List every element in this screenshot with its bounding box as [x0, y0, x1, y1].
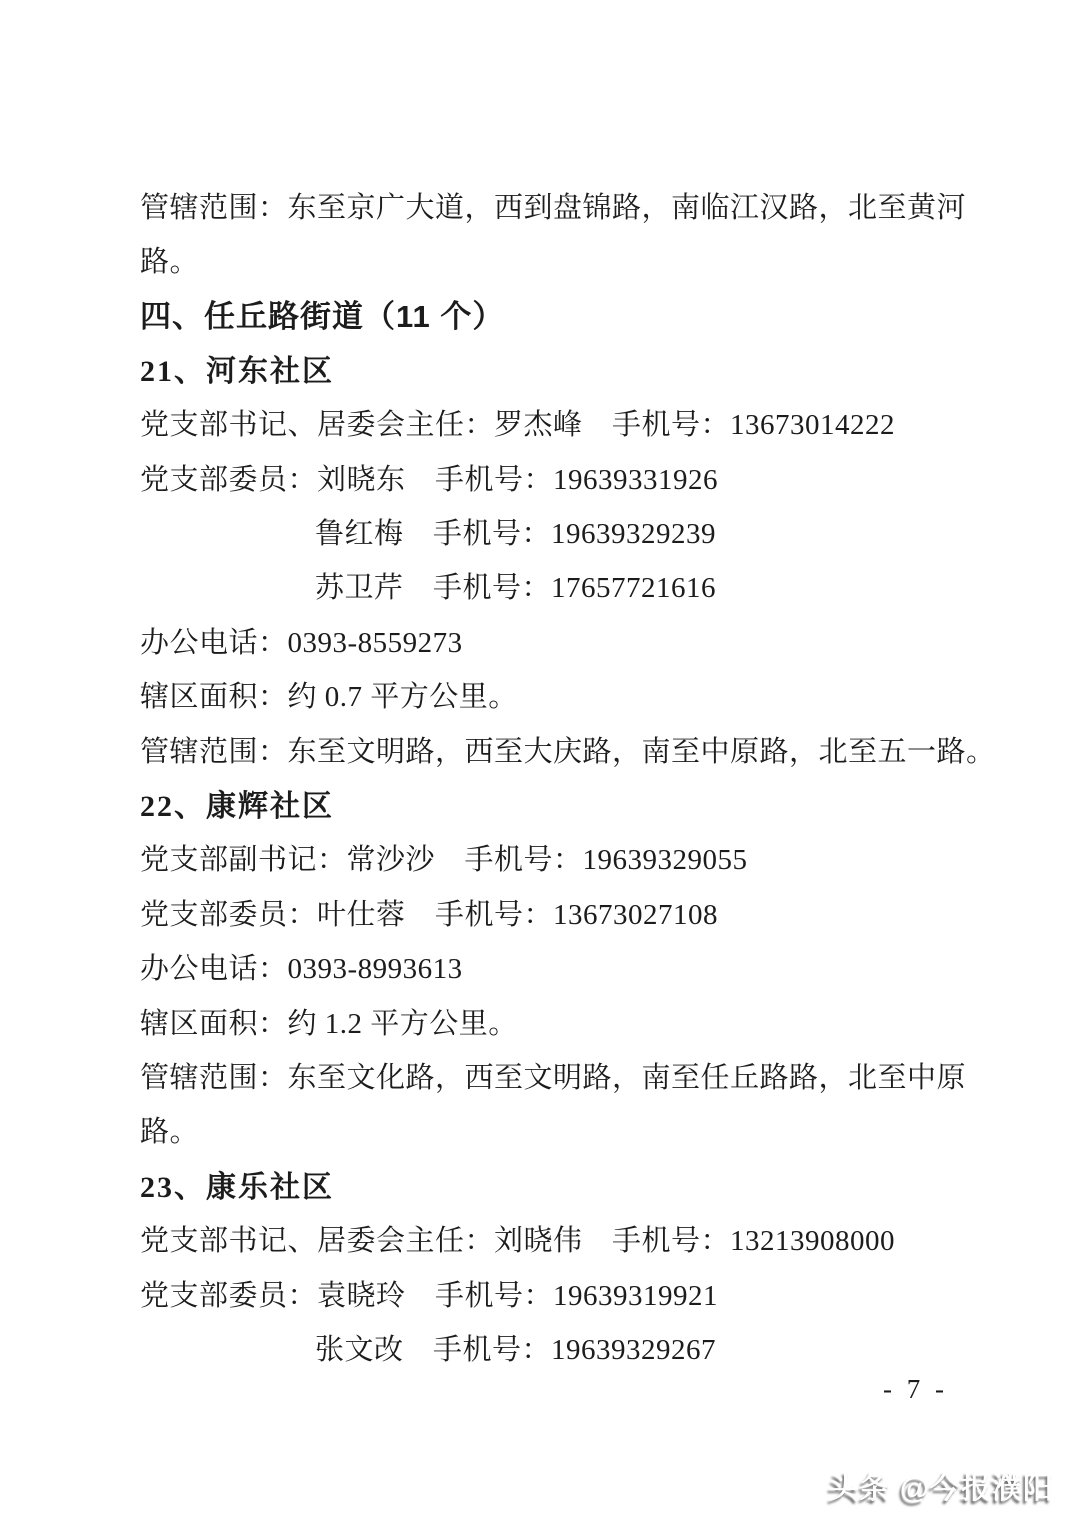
jurisdiction-line-wrap: 路。	[140, 232, 952, 286]
community-title-21: 21、河东社区	[140, 341, 952, 395]
committee-member-line: 鲁红梅 手机号：19639329239	[140, 504, 952, 558]
community-title-22: 22、康辉社区	[140, 776, 952, 830]
jurisdiction-line-wrap: 路。	[140, 1103, 952, 1157]
secretary-line: 党支部书记、居委会主任：罗杰峰 手机号：13673014222	[140, 396, 952, 450]
committee-member-line: 党支部委员：刘晓东 手机号：19639331926	[140, 450, 952, 504]
community-title-23: 23、康乐社区	[140, 1157, 952, 1211]
office-phone-line: 办公电话：0393-8993613	[140, 939, 952, 993]
jurisdiction-line: 管辖范围：东至京广大道，西到盘锦路，南临江汉路，北至黄河	[140, 178, 952, 232]
document-content: 管辖范围：东至京广大道，西到盘锦路，南临江汉路，北至黄河 路。 四、任丘路街道（…	[140, 178, 952, 1375]
committee-member-line: 党支部委员：袁晓玲 手机号：19639319921	[140, 1266, 952, 1320]
page-number: - 7 -	[883, 1374, 948, 1405]
area-line: 辖区面积：约 0.7 平方公里。	[140, 668, 952, 722]
committee-member-line: 张文改 手机号：19639329267	[140, 1320, 952, 1374]
committee-member-line: 苏卫芹 手机号：17657721616	[140, 559, 952, 613]
jurisdiction-line: 管辖范围：东至文化路，西至文明路，南至任丘路路，北至中原	[140, 1048, 952, 1102]
jurisdiction-line: 管辖范围：东至文明路，西至大庆路，南至中原路，北至五一路。	[140, 722, 952, 776]
section-heading: 四、任丘路街道（11 个）	[140, 287, 952, 341]
deputy-secretary-line: 党支部副书记：常沙沙 手机号：19639329055	[140, 831, 952, 885]
document-page: 管辖范围：东至京广大道，西到盘锦路，南临江汉路，北至黄河 路。 四、任丘路街道（…	[0, 0, 1080, 1527]
office-phone-line: 办公电话：0393-8559273	[140, 613, 952, 667]
secretary-line: 党支部书记、居委会主任：刘晓伟 手机号：13213908000	[140, 1211, 952, 1265]
watermark: 头条 @今报濮阳	[828, 1463, 1054, 1507]
area-line: 辖区面积：约 1.2 平方公里。	[140, 994, 952, 1048]
committee-member-line: 党支部委员：叶仕蓉 手机号：13673027108	[140, 885, 952, 939]
